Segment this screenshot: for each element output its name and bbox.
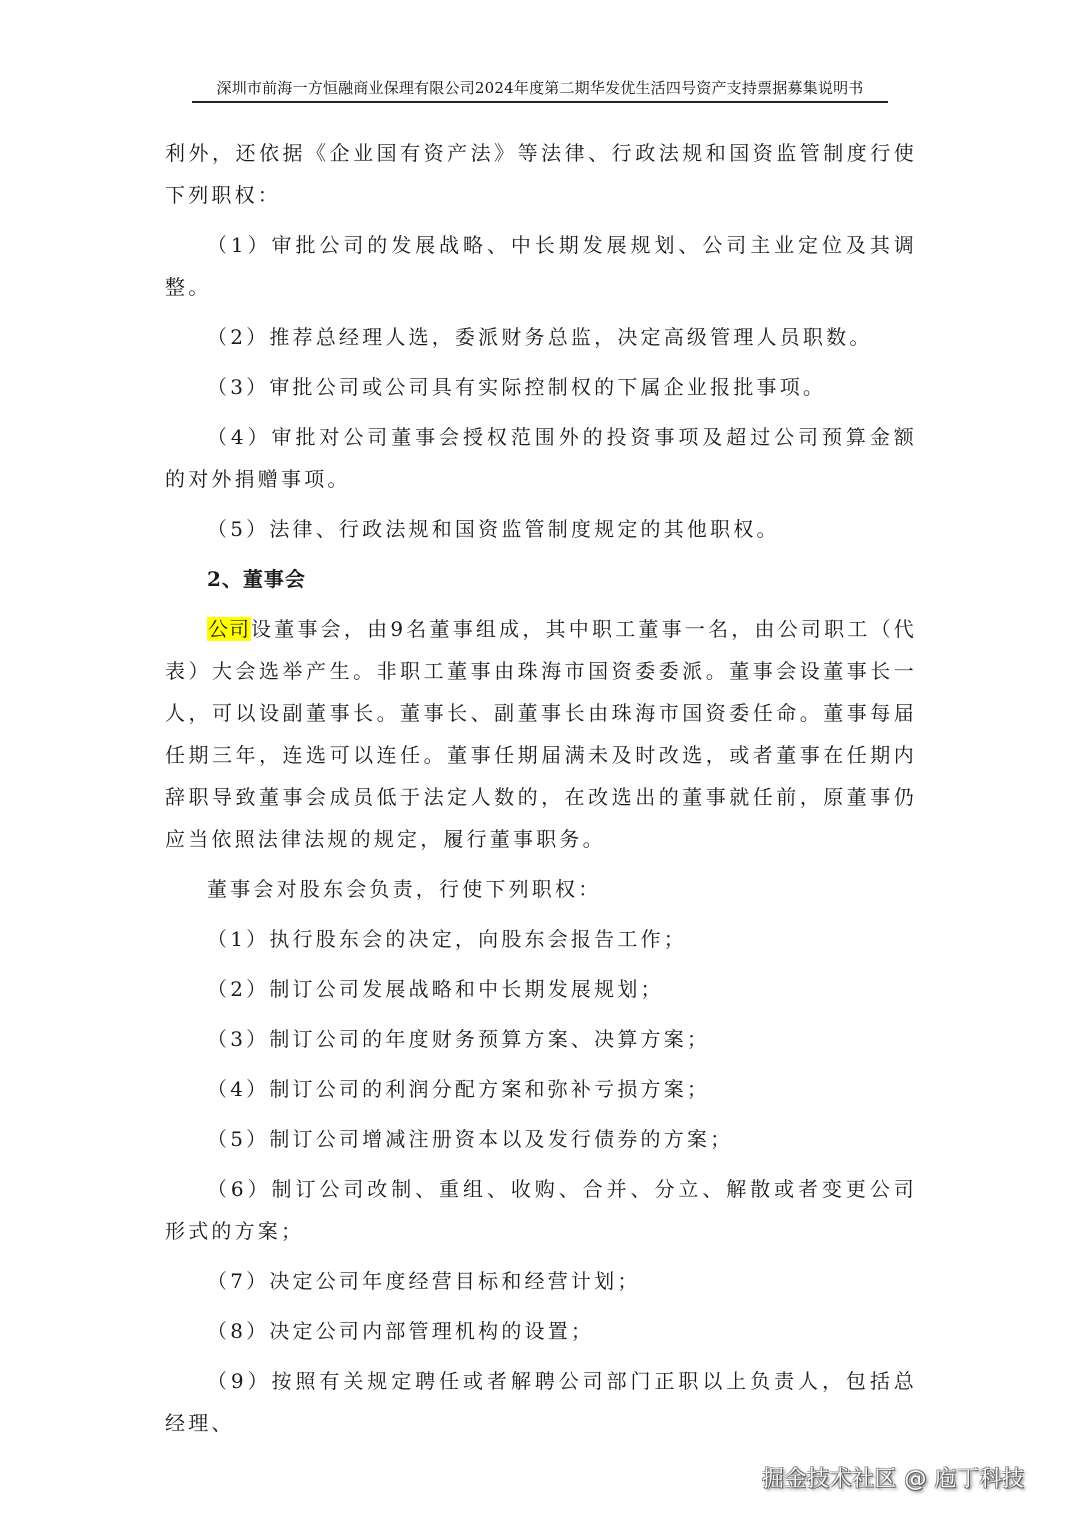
- board-power-2: （2）制订公司发展战略和中长期发展规划；: [165, 968, 917, 1010]
- shareholder-power-2: （2）推荐总经理人选，委派财务总监，决定高级管理人员职数。: [165, 316, 917, 358]
- intro-paragraph: 利外，还依据《企业国有资产法》等法律、行政法规和国资监管制度行使下列职权：: [165, 132, 917, 216]
- board-power-6: （6）制订公司改制、重组、收购、合并、分立、解散或者变更公司形式的方案；: [165, 1168, 917, 1252]
- board-power-9: （9）按照有关规定聘任或者解聘公司部门正职以上负责人，包括总经理、: [165, 1360, 917, 1444]
- highlighted-text: 公司: [207, 617, 251, 641]
- shareholder-power-1: （1）审批公司的发展战略、中长期发展规划、公司主业定位及其调整。: [165, 224, 917, 308]
- header-rule: [192, 101, 888, 103]
- shareholder-power-5: （5）法律、行政法规和国资监管制度规定的其他职权。: [165, 508, 917, 550]
- board-composition-paragraph: 公司设董事会，由9名董事组成，其中职工董事一名，由公司职工（代表）大会选举产生。…: [165, 608, 917, 860]
- section-heading-board: 2、董事会: [165, 558, 917, 600]
- board-power-8: （8）决定公司内部管理机构的设置；: [165, 1310, 917, 1352]
- board-power-4: （4）制订公司的利润分配方案和弥补亏损方案；: [165, 1068, 917, 1110]
- shareholder-power-3: （3）审批公司或公司具有实际控制权的下属企业报批事项。: [165, 366, 917, 408]
- board-power-5: （5）制订公司增减注册资本以及发行债券的方案；: [165, 1118, 917, 1160]
- shareholder-power-4: （4）审批对公司董事会授权范围外的投资事项及超过公司预算金额的对外捐赠事项。: [165, 416, 917, 500]
- document-running-header: 深圳市前海一方恒融商业保理有限公司2024年度第二期华发优生活四号资产支持票据募…: [192, 78, 888, 98]
- document-body: 利外，还依据《企业国有资产法》等法律、行政法规和国资监管制度行使下列职权： （1…: [165, 132, 917, 1444]
- board-power-7: （7）决定公司年度经营目标和经营计划；: [165, 1260, 917, 1302]
- watermark: 掘金技术社区 @ 庖丁科技: [762, 1462, 1025, 1493]
- board-composition-text: 设董事会，由9名董事组成，其中职工董事一名，由公司职工（代表）大会选举产生。非职…: [165, 617, 917, 851]
- board-power-3: （3）制订公司的年度财务预算方案、决算方案；: [165, 1018, 917, 1060]
- board-powers-intro: 董事会对股东会负责，行使下列职权：: [165, 868, 917, 910]
- board-power-1: （1）执行股东会的决定，向股东会报告工作；: [165, 918, 917, 960]
